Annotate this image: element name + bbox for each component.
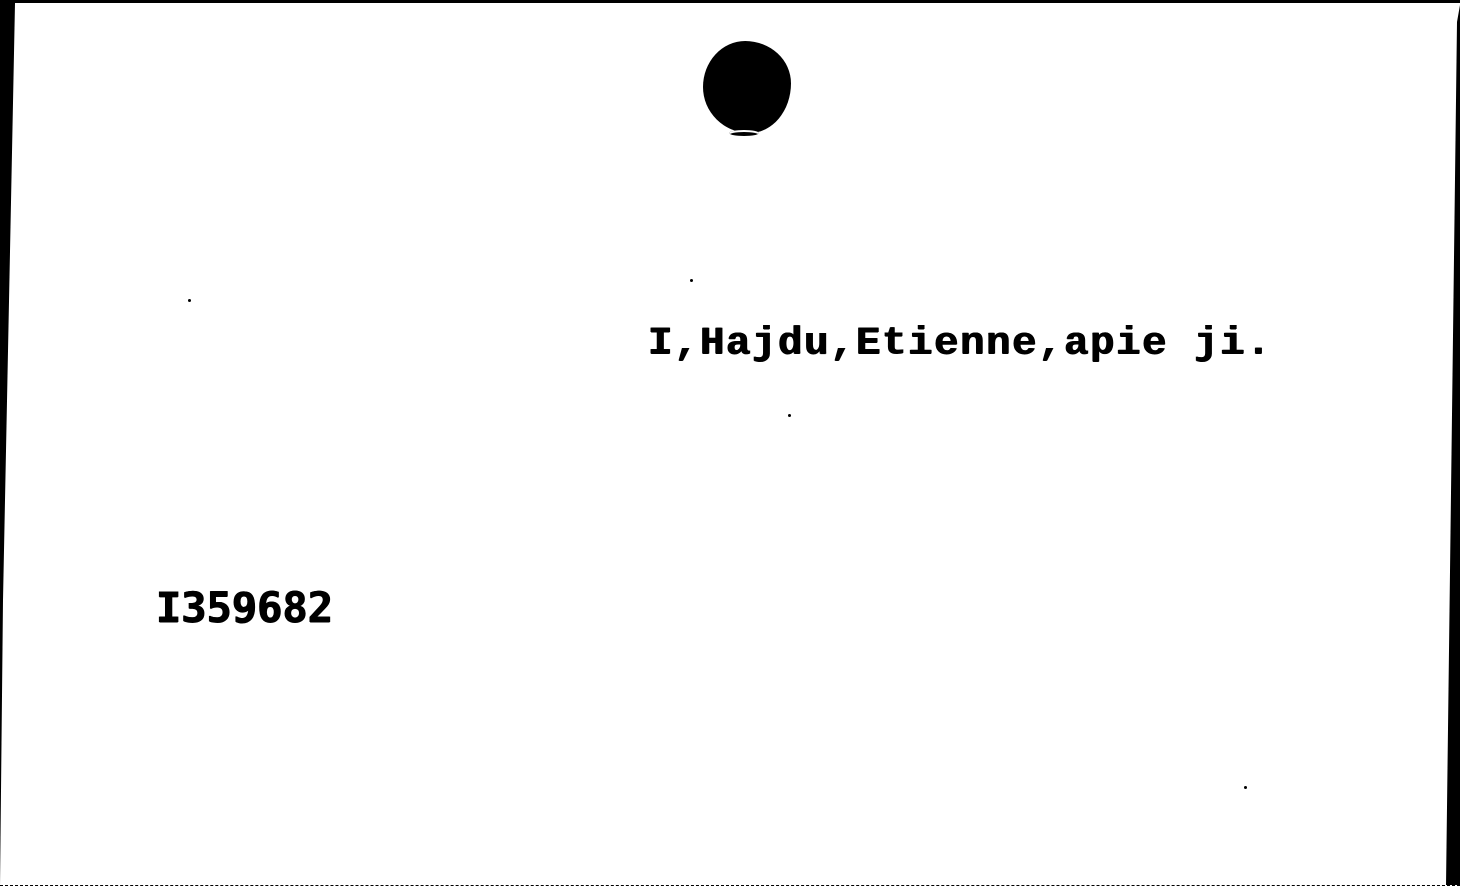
card-entry-line: I,Hajdu,Etienne,apie ji.	[648, 322, 1272, 366]
card-bottom-edge	[0, 885, 1460, 889]
ink-speck	[788, 414, 791, 417]
ink-speck	[690, 279, 693, 282]
record-number: I359682	[156, 583, 333, 632]
ink-speck	[188, 299, 191, 302]
punch-hole	[703, 41, 791, 133]
ink-speck	[1244, 786, 1247, 789]
index-card: I,Hajdu,Etienne,apie ji. I359682	[0, 0, 1460, 889]
scanned-card-background: I,Hajdu,Etienne,apie ji. I359682	[0, 0, 1460, 889]
